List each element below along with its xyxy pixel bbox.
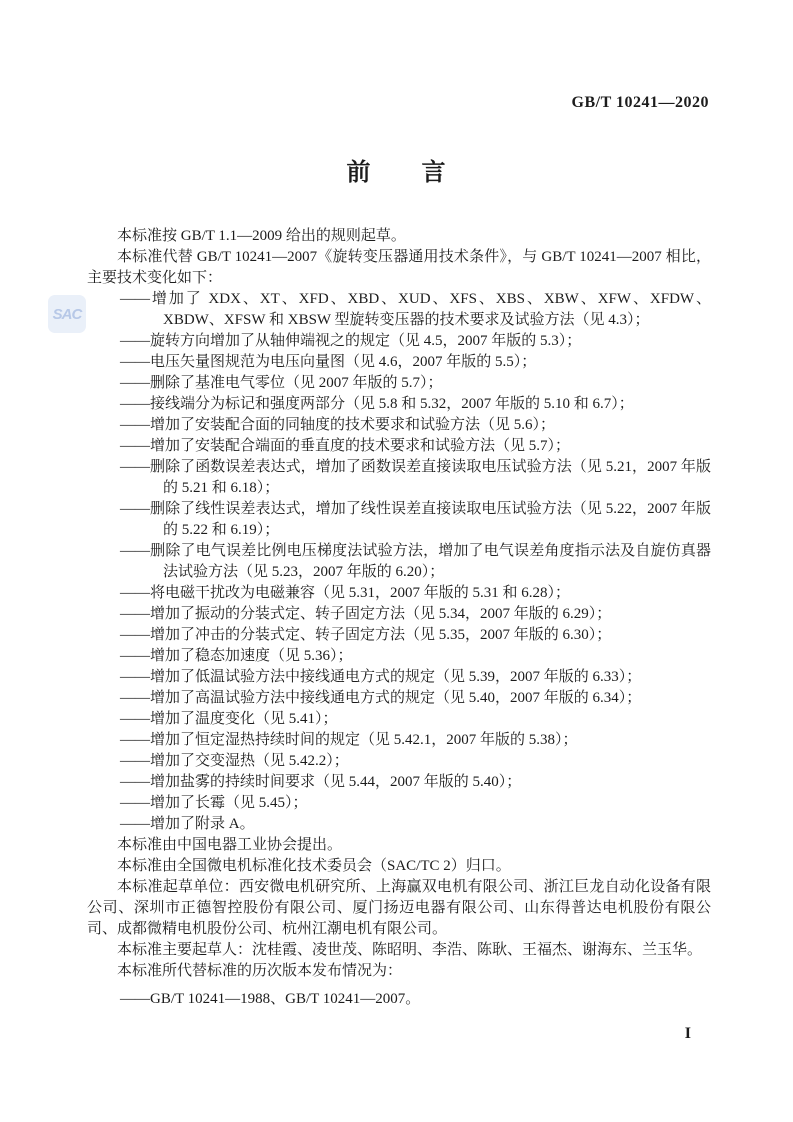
change-list-item: ——将电磁干扰改为电磁兼容（见 5.31，2007 年版的 5.31 和 6.2…	[87, 583, 711, 604]
list-dash: ——	[120, 816, 150, 832]
change-list-item: ——删除了基准电气零位（见 2007 年版的 5.7）；	[87, 373, 711, 394]
list-item-text: 增加了低温试验方法中接线通电方式的规定（见 5.39，2007 年版的 6.33…	[150, 669, 641, 685]
list-item-text: 删除了函数误差表达式，增加了函数误差直接读取电压试验方法（见 5.21，2007…	[150, 459, 711, 496]
list-dash: ——	[120, 501, 150, 517]
change-list-item: ——增加了稳态加速度（见 5.36）；	[87, 646, 711, 667]
change-list-item: ——增加了振动的分装式定、转子固定方法（见 5.34，2007 年版的 6.29…	[87, 604, 711, 625]
list-item-text: 增加了 XDX、XT、XFD、XBD、XUD、XFS、XBS、XBW、XFW、X…	[150, 291, 711, 328]
list-dash: ——	[120, 291, 150, 307]
list-item-text: 接线端分为标记和强度两部分（见 5.8 和 5.32，2007 年版的 5.10…	[150, 396, 634, 412]
change-list-item: ——增加了安装配合端面的垂直度的技术要求和试验方法（见 5.7）；	[87, 436, 711, 457]
change-list-item: ——增加了低温试验方法中接线通电方式的规定（见 5.39，2007 年版的 6.…	[87, 667, 711, 688]
change-list-item: ——删除了线性误差表达式，增加了线性误差直接读取电压试验方法（见 5.22，20…	[87, 499, 711, 541]
paragraph: 本标准按 GB/T 1.1—2009 给出的规则起草。	[87, 226, 711, 247]
list-item-text: 增加了安装配合面的同轴度的技术要求和试验方法（见 5.6）；	[150, 417, 555, 433]
list-dash: ——	[120, 417, 150, 433]
list-item-text: 增加了交变湿热（见 5.42.2）；	[150, 753, 349, 769]
list-item-text: 删除了线性误差表达式，增加了线性误差直接读取电压试验方法（见 5.22，2007…	[150, 501, 711, 538]
list-item-text: 增加了恒定湿热持续时间的规定（见 5.42.1，2007 年版的 5.38）；	[150, 732, 578, 748]
document-page: GB/T 10241—2020 前 言 SAC 本标准按 GB/T 1.1—20…	[0, 0, 793, 1122]
change-list-item: ——增加了高温试验方法中接线通电方式的规定（见 5.40，2007 年版的 6.…	[87, 688, 711, 709]
change-list-item: ——增加了长霉（见 5.45）；	[87, 793, 711, 814]
list-dash: ——	[120, 354, 150, 370]
list-dash: ——	[120, 690, 150, 706]
list-dash: ——	[120, 543, 150, 559]
list-dash: ——	[120, 459, 150, 475]
list-dash: ——	[120, 333, 150, 349]
change-list-item: ——增加了附录 A。	[87, 814, 711, 835]
list-dash: ——	[120, 648, 150, 664]
list-item-text: 增加了温度变化（见 5.41）；	[150, 711, 338, 727]
change-list-item: ——增加了冲击的分装式定、转子固定方法（见 5.35，2007 年版的 6.30…	[87, 625, 711, 646]
list-item-text: 将电磁干扰改为电磁兼容（见 5.31，2007 年版的 5.31 和 6.28）…	[150, 585, 570, 601]
list-item-text: 删除了基准电气零位（见 2007 年版的 5.7）；	[150, 375, 443, 391]
change-list-item: ——增加了交变湿热（见 5.42.2）；	[87, 751, 711, 772]
list-item-text: 增加盐雾的持续时间要求（见 5.44，2007 年版的 5.40）；	[150, 774, 521, 790]
sac-watermark: SAC	[48, 295, 86, 333]
list-dash: ——	[120, 732, 150, 748]
list-dash: ——	[120, 711, 150, 727]
page-title: 前 言	[0, 152, 793, 187]
list-dash: ——	[120, 396, 150, 412]
change-list-item: ——删除了函数误差表达式，增加了函数误差直接读取电压试验方法（见 5.21，20…	[87, 457, 711, 499]
list-dash: ——	[120, 795, 150, 811]
change-list-item: ——旋转方向增加了从轴伸端视之的规定（见 4.5，2007 年版的 5.3）；	[87, 331, 711, 352]
paragraph: 本标准代替 GB/T 10241—2007《旋转变压器通用技术条件》，与 GB/…	[87, 247, 711, 289]
list-item-text: 增加了安装配合端面的垂直度的技术要求和试验方法（见 5.7）；	[150, 438, 570, 454]
list-item-text: 电压矢量图规范为电压向量图（见 4.6，2007 年版的 5.5）；	[150, 354, 536, 370]
list-item-text: 旋转方向增加了从轴伸端视之的规定（见 4.5，2007 年版的 5.3）；	[150, 333, 581, 349]
list-item-text: GB/T 10241—1988、GB/T 10241—2007。	[150, 991, 420, 1007]
list-item-text: 增加了冲击的分装式定、转子固定方法（见 5.35，2007 年版的 6.30）；	[150, 627, 611, 643]
list-dash: ——	[120, 627, 150, 643]
list-dash: ——	[120, 375, 150, 391]
list-dash: ——	[120, 438, 150, 454]
paragraph: 本标准所代替标准的历次版本发布情况为：	[87, 961, 711, 982]
change-list-item: ——增加盐雾的持续时间要求（见 5.44，2007 年版的 5.40）；	[87, 772, 711, 793]
list-dash: ——	[120, 774, 150, 790]
change-list-item: ——增加了恒定湿热持续时间的规定（见 5.42.1，2007 年版的 5.38）…	[87, 730, 711, 751]
list-item-text: 增加了附录 A。	[150, 816, 255, 832]
list-item-text: 增加了振动的分装式定、转子固定方法（见 5.34，2007 年版的 6.29）；	[150, 606, 611, 622]
list-item-text: 增加了稳态加速度（见 5.36）；	[150, 648, 353, 664]
change-list-item: ——电压矢量图规范为电压向量图（见 4.6，2007 年版的 5.5）；	[87, 352, 711, 373]
list-dash: ——	[120, 753, 150, 769]
change-list-item: ——删除了电气误差比例电压梯度法试验方法，增加了电气误差角度指示法及自旋仿真器法…	[87, 541, 711, 583]
standard-code-header: GB/T 10241—2020	[572, 94, 709, 112]
list-dash: ——	[120, 585, 150, 601]
page-number: I	[685, 1025, 691, 1043]
paragraph: 本标准由中国电器工业协会提出。	[87, 835, 711, 856]
list-dash: ——	[120, 669, 150, 685]
paragraph: 本标准主要起草人：沈桂霞、凌世茂、陈昭明、李浩、陈耿、王福杰、谢海东、兰玉华。	[87, 940, 711, 961]
body-text: 本标准按 GB/T 1.1—2009 给出的规则起草。本标准代替 GB/T 10…	[87, 226, 711, 1010]
change-list-item: ——增加了温度变化（见 5.41）；	[87, 709, 711, 730]
change-list-item: ——增加了安装配合面的同轴度的技术要求和试验方法（见 5.6）；	[87, 415, 711, 436]
list-dash: ——	[120, 606, 150, 622]
list-dash: ——	[120, 991, 150, 1007]
change-list-item: ——增加了 XDX、XT、XFD、XBD、XUD、XFS、XBS、XBW、XFW…	[87, 289, 711, 331]
list-item-text: 增加了高温试验方法中接线通电方式的规定（见 5.40，2007 年版的 6.34…	[150, 690, 641, 706]
list-item-text: 删除了电气误差比例电压梯度法试验方法，增加了电气误差角度指示法及自旋仿真器法试验…	[150, 543, 711, 580]
change-list-item: ——接线端分为标记和强度两部分（见 5.8 和 5.32，2007 年版的 5.…	[87, 394, 711, 415]
change-list-item: ——GB/T 10241—1988、GB/T 10241—2007。	[87, 989, 711, 1010]
list-item-text: 增加了长霉（见 5.45）；	[150, 795, 308, 811]
paragraph: 本标准起草单位：西安微电机研究所、上海赢双电机有限公司、浙江巨龙自动化设备有限公…	[87, 877, 711, 940]
paragraph: 本标准由全国微电机标准化技术委员会（SAC/TC 2）归口。	[87, 856, 711, 877]
